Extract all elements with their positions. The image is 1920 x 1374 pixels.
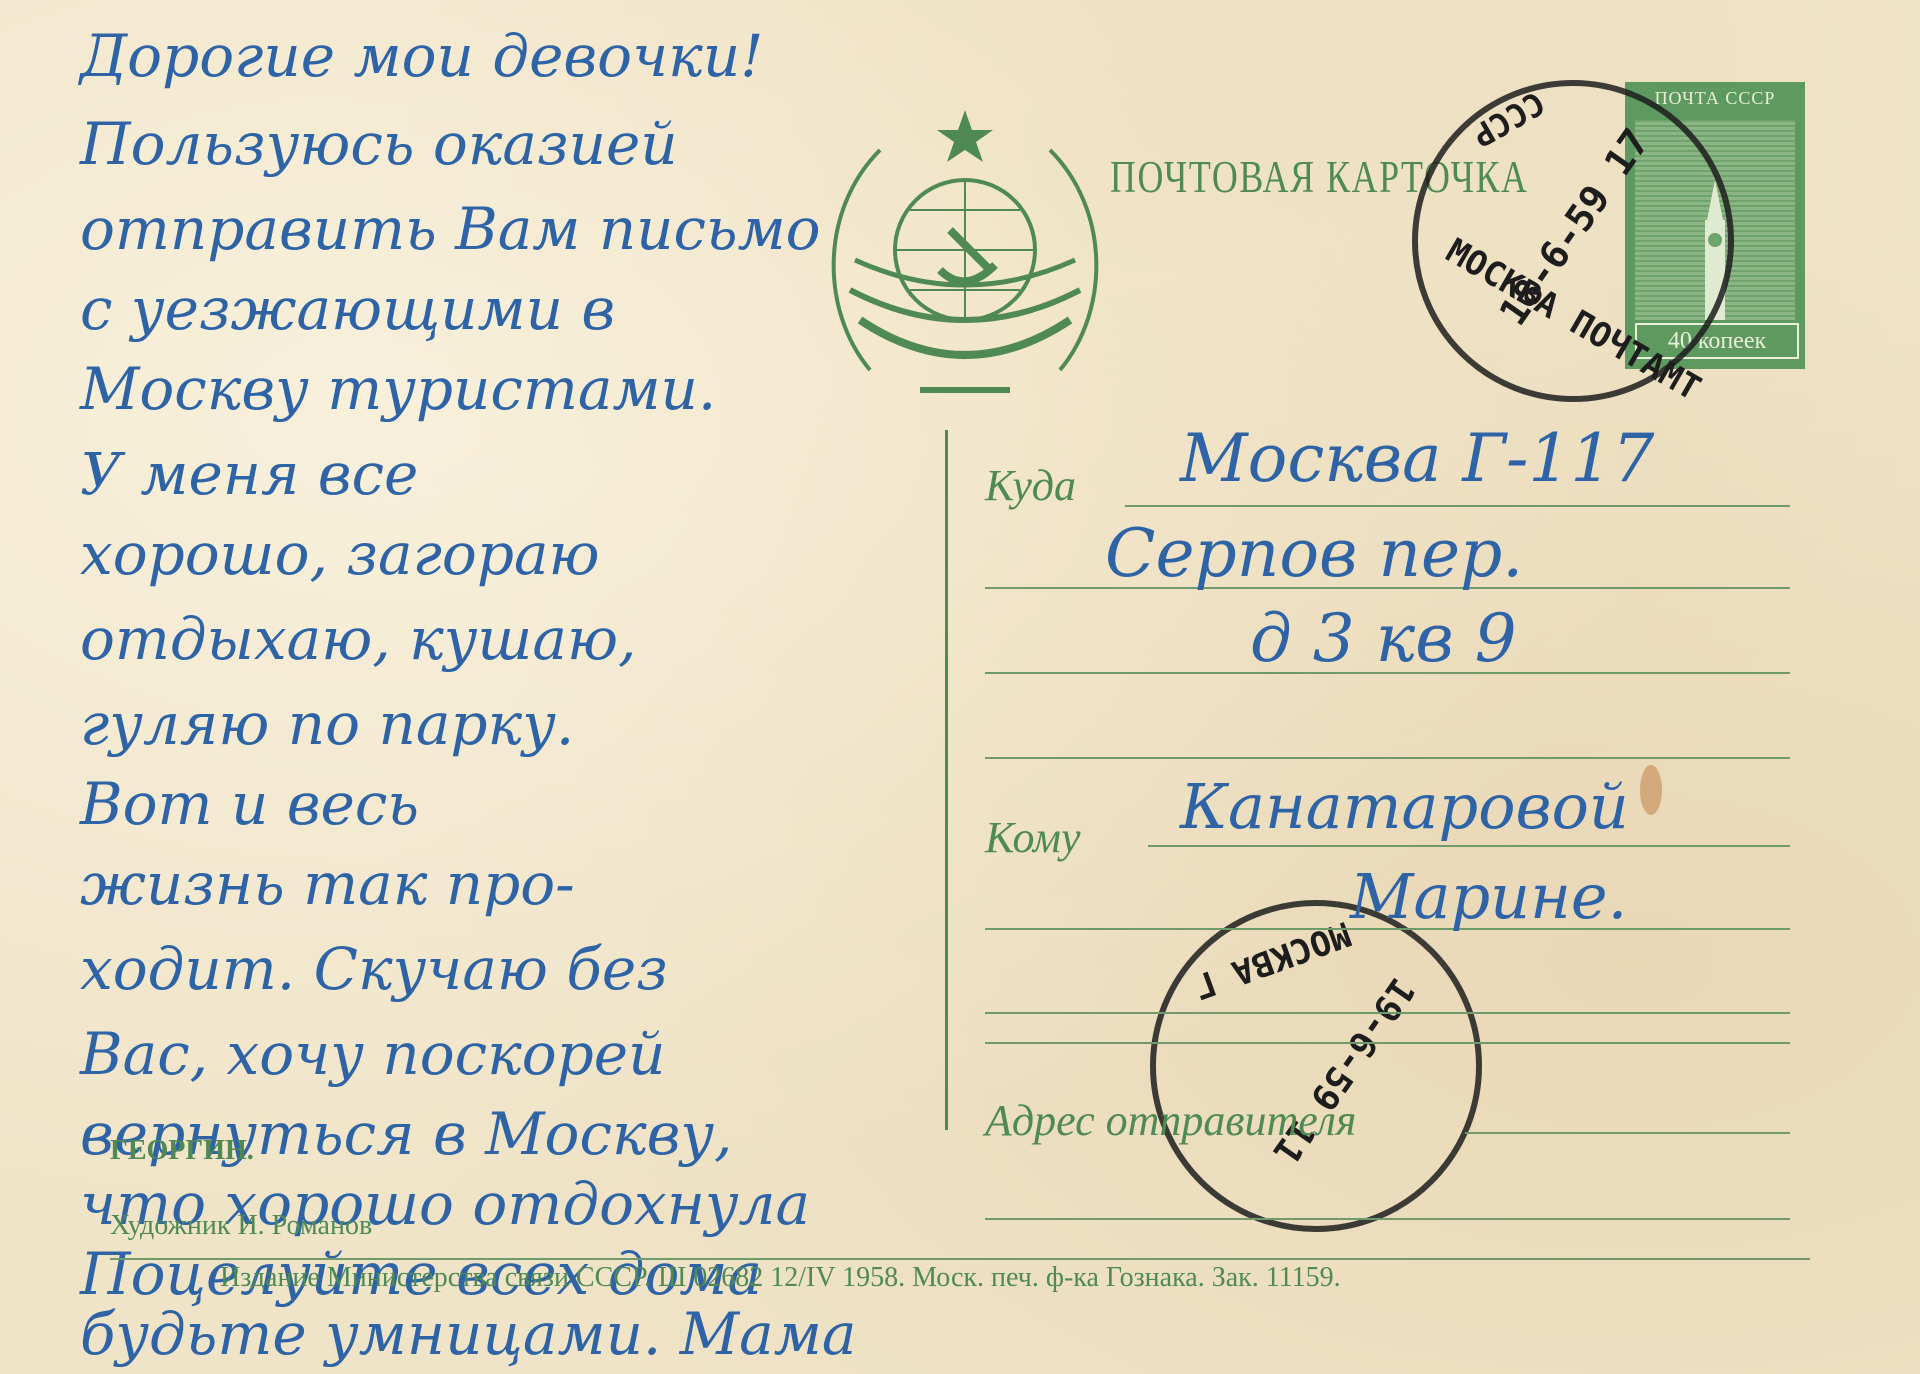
artist-credit: Художник И. Романов: [110, 1210, 372, 1242]
message-line: Вот и весь: [80, 770, 419, 838]
recipient-name: Марине.: [1350, 860, 1627, 933]
stain: [1640, 765, 1662, 815]
message-line: Дорогие мои девочки!: [80, 22, 763, 90]
address-line-4: [985, 757, 1790, 759]
message-line: Пользуюсь оказией: [80, 110, 678, 178]
artwork-title: ГЕОРГИН.: [110, 1135, 254, 1167]
address-street: Серпов пер.: [1105, 515, 1523, 592]
address-line-8: [985, 1042, 1790, 1044]
message-line: хорошо, загораю: [80, 520, 600, 588]
message-line: жизнь так про-: [80, 850, 575, 918]
message-line: гуляю по парку.: [80, 690, 574, 758]
ussr-emblem-icon: [800, 90, 1130, 420]
address-divider: [945, 430, 948, 1130]
message-line: отправить Вам письмо: [80, 195, 821, 263]
label-to-whom: Кому: [985, 812, 1080, 863]
address-line-7: [985, 1012, 1790, 1014]
publisher-imprint: Издание Министерства связи СССР. Ш 02682…: [220, 1262, 1341, 1294]
address-line-1: [1125, 505, 1790, 507]
postcard: ПОЧТОВАЯ КАРТОЧКА ПОЧТА СССР 40 копеек 1…: [0, 0, 1920, 1374]
message-line: отдыхаю, кушаю,: [80, 605, 636, 673]
message-line: с уезжающими в: [80, 275, 615, 343]
message-line: ходит. Скучаю без: [80, 935, 668, 1003]
address-line-10: [985, 1218, 1790, 1220]
label-sender-address: Адрес отправителя: [985, 1095, 1356, 1146]
message-line: Москву туристами.: [80, 355, 716, 423]
address-building: д 3 кв 9: [1250, 600, 1517, 677]
recipient-surname: Канатаровой: [1180, 770, 1629, 843]
address-line-9: [1465, 1132, 1790, 1134]
message-line: будьте умницами. Мама: [80, 1300, 856, 1368]
address-city: Москва Г-117: [1180, 420, 1654, 497]
message-line: У меня все: [80, 440, 418, 508]
label-to-where: Куда: [985, 460, 1076, 511]
message-line: Вас, хочу поскорей: [80, 1020, 665, 1088]
address-line-5: [1148, 845, 1790, 847]
imprint-rule: [110, 1258, 1810, 1260]
